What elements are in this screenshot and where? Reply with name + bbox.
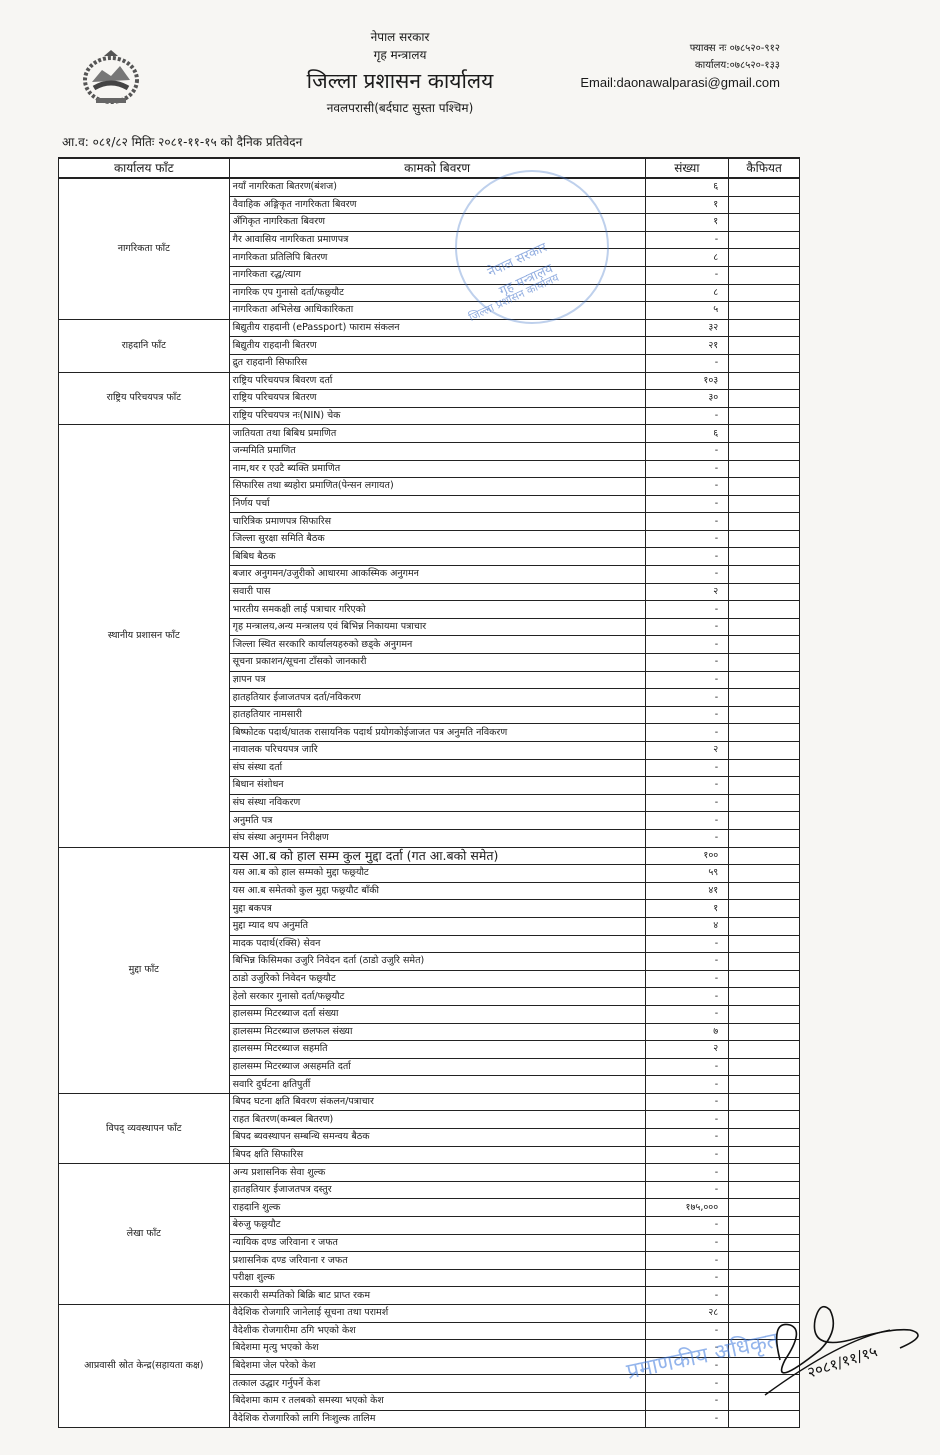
header-section: कार्यालय फाँट: [59, 158, 230, 178]
task-remarks: [729, 1305, 800, 1323]
task-count: २: [645, 1041, 729, 1059]
task-description: वैदेशिक रोजगारि जानेलाई सूचना तथा परामर्…: [229, 1305, 645, 1323]
task-remarks: [729, 1023, 800, 1041]
task-remarks: [729, 1181, 800, 1199]
task-description: संघ संस्था नविकरण: [229, 794, 645, 812]
task-description: सिफारिस तथा ब्यहोरा प्रमाणित(पेन्सन लगाय…: [229, 478, 645, 496]
nepal-emblem-icon: [78, 46, 144, 108]
task-description: ठाडो उजुरिको निवेदन फछ्र्यौट: [229, 970, 645, 988]
task-description: बिद्युतीय राहदानी (ePassport) फाराम संकल…: [229, 319, 645, 337]
task-count: २८: [645, 1305, 729, 1323]
task-count: -: [645, 618, 729, 636]
task-count: २: [645, 742, 729, 760]
task-count: -: [645, 266, 729, 284]
task-count: -: [645, 671, 729, 689]
task-remarks: [729, 847, 800, 865]
task-description: मुद्दा म्याद थप अनुमति: [229, 917, 645, 935]
task-description: नाम,थर र एउटै ब्यक्ति प्रमाणित: [229, 460, 645, 478]
task-remarks: [729, 953, 800, 971]
task-remarks: [729, 566, 800, 584]
task-count: -: [645, 354, 729, 372]
task-count: ३२: [645, 319, 729, 337]
task-remarks: [729, 1164, 800, 1182]
task-description: गृह मन्त्रालय,अन्य मन्त्रालय एवं बिभिन्न…: [229, 618, 645, 636]
task-count: -: [645, 478, 729, 496]
task-description: अँगिकृत नागरिकता बिवरण: [229, 214, 645, 232]
task-remarks: [729, 1005, 800, 1023]
task-description: द्रुत राहदानी सिफारिस: [229, 354, 645, 372]
task-description: नावालक परिचयपत्र जारि: [229, 742, 645, 760]
task-count: १०३: [645, 372, 729, 390]
task-description: राष्ट्रिय परिचयपत्र बितरण: [229, 390, 645, 408]
task-remarks: [729, 354, 800, 372]
office-location: नवलपरासी(बर्दघाट सुस्ता पश्चिम): [280, 98, 520, 118]
task-description: सवारि दुर्घटना क्षतिपुर्ती: [229, 1076, 645, 1094]
task-remarks: [729, 618, 800, 636]
task-remarks: [729, 249, 800, 267]
task-description: मादक पदार्थ(रक्सि) सेवन: [229, 935, 645, 953]
task-count: १००: [645, 847, 729, 865]
task-remarks: [729, 706, 800, 724]
task-count: -: [645, 442, 729, 460]
task-description: नागरिकता प्रतिलिपि बितरण: [229, 249, 645, 267]
task-description: हेलो सरकार गुनासो दर्ता/फछ्र्यौट: [229, 988, 645, 1006]
task-remarks: [729, 372, 800, 390]
task-remarks: [729, 1058, 800, 1076]
ministry-name: गृह मन्त्रालय: [280, 46, 520, 64]
task-description: तत्काल उद्धार गर्नुपर्ने केश: [229, 1375, 645, 1393]
task-count: -: [645, 1164, 729, 1182]
task-remarks: [729, 900, 800, 918]
task-remarks: [729, 829, 800, 847]
task-count: १: [645, 214, 729, 232]
task-count: -: [645, 1375, 729, 1393]
task-count: -: [645, 812, 729, 830]
task-remarks: [729, 759, 800, 777]
task-count: ५: [645, 302, 729, 320]
task-remarks: [729, 478, 800, 496]
task-description: बिबिध बैठक: [229, 548, 645, 566]
task-description: नागरिक एप गुनासो दर्ता/फछ्र्यौट: [229, 284, 645, 302]
table-row: मुद्दा फाँटयस आ.ब को हाल सम्म कुल मुद्दा…: [59, 847, 800, 865]
task-count: -: [645, 1181, 729, 1199]
government-name: नेपाल सरकार: [280, 28, 520, 46]
task-description: अन्य प्रशासनिक सेवा शुल्क: [229, 1164, 645, 1182]
contact-info: फ्याक्स नः ०७८५२०-९१२ कार्यालय:०७८५२०-१३…: [580, 40, 780, 92]
task-count: -: [645, 724, 729, 742]
task-remarks: [729, 460, 800, 478]
task-remarks: [729, 583, 800, 601]
task-description: गैर आवासिय नागरिकता प्रमाणपत्र: [229, 231, 645, 249]
task-description: हालसम्म मिटरब्याज सहमति: [229, 1041, 645, 1059]
task-remarks: [729, 1375, 800, 1393]
task-description: बिधान संशोधन: [229, 777, 645, 795]
task-count: -: [645, 1252, 729, 1270]
task-remarks: [729, 724, 800, 742]
task-description: परीक्षा शुल्क: [229, 1269, 645, 1287]
task-remarks: [729, 777, 800, 795]
task-remarks: [729, 407, 800, 425]
task-count: -: [645, 1111, 729, 1129]
task-count: -: [645, 1005, 729, 1023]
task-remarks: [729, 601, 800, 619]
task-remarks: [729, 337, 800, 355]
task-remarks: [729, 319, 800, 337]
task-count: -: [645, 1058, 729, 1076]
task-description: बिद्युतीय राहदानी बितरण: [229, 337, 645, 355]
task-count: ३०: [645, 390, 729, 408]
task-count: -: [645, 794, 729, 812]
task-description: राष्ट्रिय परिचयपत्र बिवरण दर्ता: [229, 372, 645, 390]
task-count: ६: [645, 178, 729, 196]
task-remarks: [729, 1340, 800, 1358]
task-description: बजार अनुगमन/उजुरीको आधारमा आकस्मिक अनुगम…: [229, 566, 645, 584]
task-description: वैदेशिक रोजगारिको लागि निःशुल्क तालिम: [229, 1410, 645, 1428]
task-count: ५९: [645, 865, 729, 883]
task-count: ८: [645, 249, 729, 267]
table-row: विपद् व्यवस्थापन फाँटबिपद घटना क्षति बिव…: [59, 1093, 800, 1111]
task-remarks: [729, 794, 800, 812]
task-count: ८: [645, 284, 729, 302]
task-count: -: [645, 777, 729, 795]
task-remarks: [729, 1357, 800, 1375]
task-description: हातहतियार ईजाजतपत्र दस्तुर: [229, 1181, 645, 1199]
task-description: जिल्ला स्थित सरकारि कार्यालयहरुको छड्के …: [229, 636, 645, 654]
task-remarks: [729, 266, 800, 284]
section-name: राहदानि फाँट: [59, 319, 230, 372]
task-description: भारतीय समकक्षी लाई पत्राचार गरिएको: [229, 601, 645, 619]
task-description: राष्ट्रिय परिचयपत्र नः(NIN) चेक: [229, 407, 645, 425]
table-row: राहदानि फाँटबिद्युतीय राहदानी (ePassport…: [59, 319, 800, 337]
task-description: निर्णय पर्चा: [229, 495, 645, 513]
task-description: बिदेशमा मृत्यु भएको केश: [229, 1340, 645, 1358]
section-name: विपद् व्यवस्थापन फाँट: [59, 1093, 230, 1163]
task-remarks: [729, 1093, 800, 1111]
task-count: ४: [645, 917, 729, 935]
task-description: हालसम्म मिटरब्याज छलफल संख्या: [229, 1023, 645, 1041]
letterhead: नेपाल सरकार गृह मन्त्रालय जिल्ला प्रशासन…: [280, 28, 520, 118]
task-count: -: [645, 1217, 729, 1235]
task-count: -: [645, 1146, 729, 1164]
task-remarks: [729, 390, 800, 408]
table-row: स्थानीय प्रशासन फाँटजातियता तथा बिबिध प्…: [59, 425, 800, 443]
task-description: जिल्ला सुरक्षा समिति बैठक: [229, 530, 645, 548]
task-description: मुद्दा बकपत्र: [229, 900, 645, 918]
task-description: चारित्रिक प्रमाणपत्र सिफारिस: [229, 513, 645, 531]
task-count: -: [645, 654, 729, 672]
task-remarks: [729, 231, 800, 249]
table-body: नागरिकता फाँटनयाँ नागरिकता बितरण(बंशज)६व…: [59, 178, 800, 1428]
task-count: १: [645, 196, 729, 214]
task-count: -: [645, 407, 729, 425]
table-row: राष्ट्रिय परिचयपत्र फाँटराष्ट्रिय परिचयप…: [59, 372, 800, 390]
task-count: -: [645, 759, 729, 777]
task-description: सरकारी सम्पतिको बिक्रि बाट प्राप्त रकम: [229, 1287, 645, 1305]
table-header-row: कार्यालय फाँट कामको बिवरण संख्या कैफियत: [59, 158, 800, 178]
task-description: नयाँ नागरिकता बितरण(बंशज): [229, 178, 645, 196]
task-count: -: [645, 1392, 729, 1410]
task-description: जन्ममिति प्रमाणित: [229, 442, 645, 460]
task-count: -: [645, 513, 729, 531]
task-description: हालसम्म मिटरब्याज असहमति दर्ता: [229, 1058, 645, 1076]
table-row: आप्रवासी स्रोत केन्द्र(सहायता कक्ष)वैदेश…: [59, 1305, 800, 1323]
task-count: -: [645, 1129, 729, 1147]
section-name: लेखा फाँट: [59, 1164, 230, 1305]
task-description: राहत बितरण(कम्बल बितरण): [229, 1111, 645, 1129]
task-description: नागरिकता रद्ध/त्याग: [229, 266, 645, 284]
task-remarks: [729, 1076, 800, 1094]
task-description: यस आ.ब को हाल सम्मको मुद्दा फछ्र्यौट: [229, 865, 645, 883]
table-row: नागरिकता फाँटनयाँ नागरिकता बितरण(बंशज)६: [59, 178, 800, 196]
task-remarks: [729, 1146, 800, 1164]
task-count: २१: [645, 337, 729, 355]
task-remarks: [729, 513, 800, 531]
task-description: राहदानि शुल्क: [229, 1199, 645, 1217]
fax-number: फ्याक्स नः ०७८५२०-९१२: [580, 40, 780, 57]
task-description: हातहतियार नामसारी: [229, 706, 645, 724]
task-count: -: [645, 495, 729, 513]
task-description: संघ संस्था दर्ता: [229, 759, 645, 777]
task-count: -: [645, 988, 729, 1006]
task-description: प्रशासनिक दण्ड जरिवाना र जफत: [229, 1252, 645, 1270]
task-description: सूचना प्रकाशन/सूचना टाँसको जानकारी: [229, 654, 645, 672]
task-remarks: [729, 742, 800, 760]
task-remarks: [729, 214, 800, 232]
task-count: -: [645, 566, 729, 584]
task-count: -: [645, 548, 729, 566]
task-remarks: [729, 284, 800, 302]
task-remarks: [729, 917, 800, 935]
office-phone: कार्यालय:०७८५२०-१३३: [580, 57, 780, 74]
task-remarks: [729, 425, 800, 443]
task-count: ७: [645, 1023, 729, 1041]
task-count: ४१: [645, 882, 729, 900]
task-count: २: [645, 583, 729, 601]
task-remarks: [729, 654, 800, 672]
task-description: ज्ञापन पत्र: [229, 671, 645, 689]
task-description: बिष्फोटक पदार्थ/घातक रासायनिक पदार्थ प्र…: [229, 724, 645, 742]
section-name: राष्ट्रिय परिचयपत्र फाँट: [59, 372, 230, 425]
task-description: जातियता तथा बिबिध प्रमाणित: [229, 425, 645, 443]
section-name: मुद्दा फाँट: [59, 847, 230, 1093]
task-remarks: [729, 882, 800, 900]
daily-report-table: कार्यालय फाँट कामको बिवरण संख्या कैफियत …: [58, 157, 800, 1428]
task-remarks: [729, 1217, 800, 1235]
task-count: -: [645, 530, 729, 548]
task-remarks: [729, 1041, 800, 1059]
task-count: -: [645, 1357, 729, 1375]
signature-date: २०८१/११/१५: [805, 1341, 880, 1382]
task-description: हातहतियार ईजाजतपत्र दर्ता/नविकरण: [229, 689, 645, 707]
task-count: -: [645, 829, 729, 847]
section-name: नागरिकता फाँट: [59, 178, 230, 319]
task-remarks: [729, 988, 800, 1006]
office-name: जिल्ला प्रशासन कार्यालय: [280, 66, 520, 96]
task-description: संघ संस्था अनुगमन निरीक्षण: [229, 829, 645, 847]
task-description: वैवाहिक अङ्गिकृत नागरिकता बिवरण: [229, 196, 645, 214]
task-count: १७५,०००: [645, 1199, 729, 1217]
task-description: बिपद क्षति सिफारिस: [229, 1146, 645, 1164]
email-address: Email:daonawalparasi@gmail.com: [580, 74, 780, 92]
table-row: लेखा फाँटअन्य प्रशासनिक सेवा शुल्क-: [59, 1164, 800, 1182]
task-count: -: [645, 1322, 729, 1340]
task-description: बिपद घटना क्षति बिवरण संकलन/पत्राचार: [229, 1093, 645, 1111]
task-count: -: [645, 1410, 729, 1428]
task-count: -: [645, 1269, 729, 1287]
task-description: सवारी पास: [229, 583, 645, 601]
task-count: -: [645, 689, 729, 707]
task-description: बिभिन्न किसिमका उजुरि निवेदन दर्ता (ठाडो…: [229, 953, 645, 971]
task-remarks: [729, 495, 800, 513]
task-remarks: [729, 196, 800, 214]
task-remarks: [729, 1111, 800, 1129]
task-remarks: [729, 812, 800, 830]
task-remarks: [729, 530, 800, 548]
task-count: -: [645, 1076, 729, 1094]
task-count: -: [645, 706, 729, 724]
task-description: यस आ.ब समेतको कुल मुद्दा फछ्र्यौट बाँकी: [229, 882, 645, 900]
task-remarks: [729, 1410, 800, 1428]
task-description: बिपद ब्यवस्थापन सम्बन्धि समन्वय बैठक: [229, 1129, 645, 1147]
task-count: -: [645, 953, 729, 971]
task-remarks: [729, 935, 800, 953]
task-remarks: [729, 1392, 800, 1410]
task-description: बेरुजु फछ्र्यौट: [229, 1217, 645, 1235]
task-count: ६: [645, 425, 729, 443]
task-remarks: [729, 636, 800, 654]
task-description: नागरिकता अभिलेख आधिकारिकता: [229, 302, 645, 320]
header-count: संख्या: [645, 158, 729, 178]
task-count: -: [645, 231, 729, 249]
task-remarks: [729, 1234, 800, 1252]
task-description: बिदेशमा काम र तलबको समस्या भएको केश: [229, 1392, 645, 1410]
task-description: न्यायिक दण्ड जरिवाना र जफत: [229, 1234, 645, 1252]
task-count: -: [645, 460, 729, 478]
task-count: -: [645, 970, 729, 988]
header-description: कामको बिवरण: [229, 158, 645, 178]
task-remarks: [729, 1322, 800, 1340]
header-remarks: कैफियत: [729, 158, 800, 178]
task-remarks: [729, 548, 800, 566]
task-remarks: [729, 178, 800, 196]
task-remarks: [729, 689, 800, 707]
task-description: बिदेशमा जेल परेको केश: [229, 1357, 645, 1375]
task-remarks: [729, 1269, 800, 1287]
task-count: -: [645, 1093, 729, 1111]
task-remarks: [729, 1252, 800, 1270]
task-description: हालसम्म मिटरब्याज दर्ता संख्या: [229, 1005, 645, 1023]
task-remarks: [729, 1129, 800, 1147]
task-remarks: [729, 1287, 800, 1305]
task-description: वैदेशीक रोजगारीमा ठगि भएको केश: [229, 1322, 645, 1340]
task-description: यस आ.ब को हाल सम्म कुल मुद्दा दर्ता (गत …: [229, 847, 645, 865]
task-count: -: [645, 1287, 729, 1305]
task-count: -: [645, 935, 729, 953]
task-remarks: [729, 970, 800, 988]
task-description: अनुमति पत्र: [229, 812, 645, 830]
task-count: १: [645, 900, 729, 918]
task-remarks: [729, 1199, 800, 1217]
section-name: आप्रवासी स्रोत केन्द्र(सहायता कक्ष): [59, 1305, 230, 1428]
task-remarks: [729, 671, 800, 689]
report-title: आ.व: ०८१/८२ मितिः २०८१-११-१५ को दैनिक प्…: [62, 133, 302, 150]
task-count: -: [645, 1340, 729, 1358]
task-count: -: [645, 636, 729, 654]
section-name: स्थानीय प्रशासन फाँट: [59, 425, 230, 847]
task-remarks: [729, 865, 800, 883]
task-remarks: [729, 442, 800, 460]
task-remarks: [729, 302, 800, 320]
task-count: -: [645, 1234, 729, 1252]
task-count: -: [645, 601, 729, 619]
